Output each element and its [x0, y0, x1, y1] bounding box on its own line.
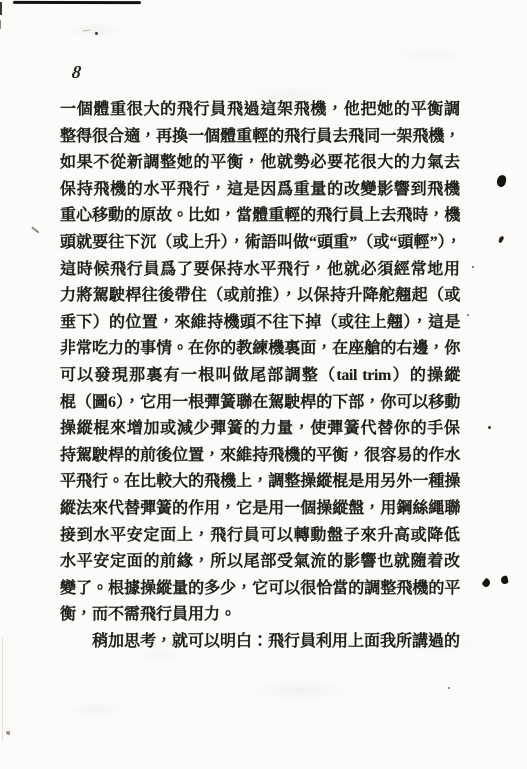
ink-speck: [83, 30, 90, 32]
text-line: 變了。根據操縱量的多少，它可以很恰當的調整飛機的平: [60, 576, 460, 603]
ink-speck: [488, 426, 491, 429]
page-number: 8: [71, 62, 82, 83]
text-line: 保持飛機的水平飛行，這是因爲重量的改變影響到飛機: [60, 177, 460, 204]
scan-edge-line-top: [13, 1, 141, 4]
text-line: 頭就要往下沉（或上升），術語叫做“頭重”（或“頭輕”），: [60, 230, 460, 257]
text-line: 持駕駛桿的前後位置，來維持飛機的平衡，很容易的作水: [60, 443, 460, 470]
ink-speck: [95, 32, 98, 35]
text-line: 如果不從新調整她的平衡，他就勢必要花很大的力氣去: [60, 150, 460, 177]
body-text: 一個體重很大的飛行員飛過這架飛機，他把她的平衡調 整得很合適，再換一個體重輕的飛…: [60, 97, 460, 655]
scan-edge-line-left: [2, 638, 3, 742]
ink-speck: [481, 578, 492, 589]
ink-speck: [500, 575, 509, 585]
text-line: 衡，而不需飛行員用力。: [60, 602, 460, 629]
ink-speck: [31, 226, 39, 233]
ink-speck: [496, 174, 507, 188]
text-line: 非常吃力的事情。在你的教練機裏面，在座艙的右邊，你: [60, 336, 460, 363]
text-line: 縱法來代替彈簧的作用，它是用一個操縱盤，用鋼絲繩聯: [60, 496, 460, 523]
ink-speck: [472, 266, 474, 268]
text-line: 力將駕駛桿往後帶住（或前推），以保持升降舵翹起（或: [60, 283, 460, 310]
text-line: 稍加思考，就可以明白：飛行員利用上面我所講過的: [60, 629, 460, 656]
text-line: 接到水平安定面上，飛行員可以轉動盤子來升高或降低: [60, 523, 460, 550]
text-line: 水平安定面的前緣，所以尾部受氣流的影響也就隨着改: [60, 549, 460, 576]
ink-speck: [498, 235, 505, 243]
text-line: 這時候飛行員爲了要保持水平飛行，他就必須經常地用: [60, 257, 460, 284]
scan-edge-mark: [0, 2, 2, 15]
text-line: 可以發現那裏有一根叫做尾部調整（tail trim）的操縱: [60, 363, 460, 390]
text-line: 一個體重很大的飛行員飛過這架飛機，他把她的平衡調: [60, 97, 460, 124]
text-line: 整得很合適，再換一個體重輕的飛行員去飛同一架飛機，: [60, 124, 460, 151]
scan-edge-mark: [0, 20, 1, 29]
text-line: 操縱棍來增加或減少彈簧的力量，使彈簧代替你的手保: [60, 416, 460, 443]
text-line: 垂下）的位置，來維持機頭不往下掉（或往上翹），這是: [60, 310, 460, 337]
ink-speck: [448, 687, 450, 689]
ink-speck: [6, 731, 10, 735]
ink-speck: [467, 314, 469, 316]
text-line: 棍（圖6），它用一根彈簧聯在駕駛桿的下部，你可以移動: [60, 390, 460, 417]
text-line: 重心移動的原故。比如，當體重輕的飛行員上去飛時，機: [60, 203, 460, 230]
text-line: 平飛行。在比較大的飛機上，調整操縱棍是用另外一種操: [60, 469, 460, 496]
scanned-book-page: 8 一個體重很大的飛行員飛過這架飛機，他把她的平衡調 整得很合適，再換一個體重輕…: [0, 0, 527, 769]
